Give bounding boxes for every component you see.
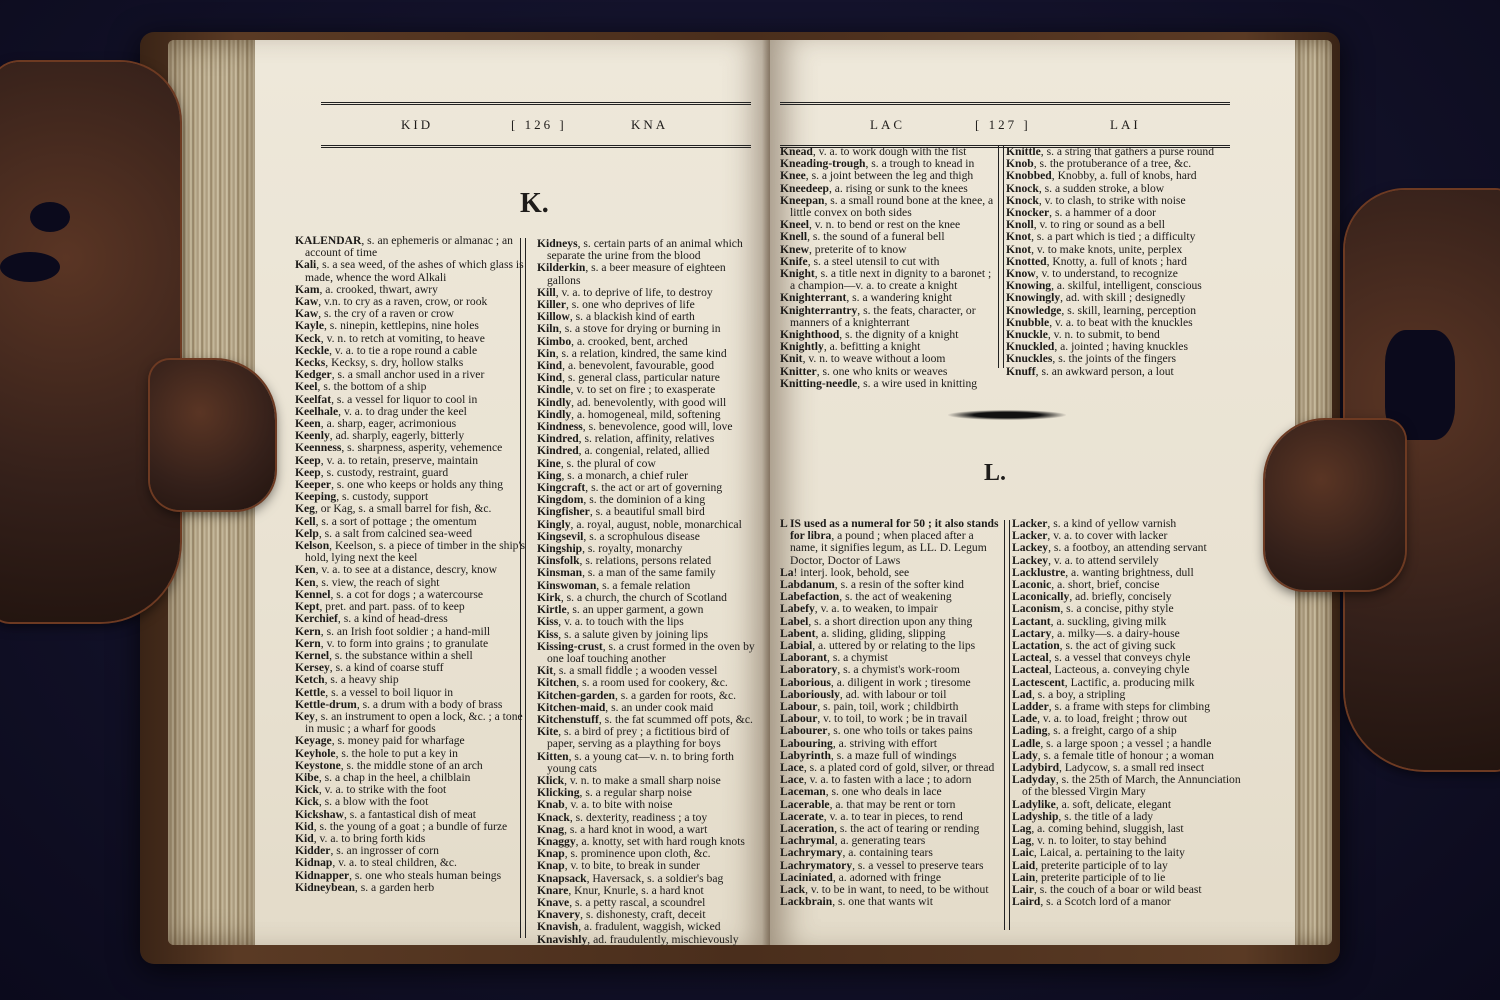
headword: Keep [295, 454, 321, 467]
headword: Lacerate [780, 810, 824, 823]
entry-column-2: Kidneys, s. certain parts of an animal w… [537, 238, 759, 946]
guide-word-last: KNA [631, 117, 668, 133]
headword: Knuff [1006, 365, 1036, 378]
headword: Lace [780, 773, 804, 786]
headword: Ladder [1012, 700, 1049, 713]
headword: Kissing-crust [537, 640, 603, 653]
guide-word-first: LAC [870, 117, 905, 133]
headword: Knuckles [1006, 352, 1052, 365]
entry-column-1: KALENDAR, s. an ephemeris or almanac ; a… [295, 235, 527, 894]
headword: Labyrinth [780, 749, 831, 762]
headword: Keenness [295, 441, 341, 454]
headword: Knack [537, 811, 570, 824]
headword: Knew [780, 243, 809, 256]
headword: Kitchenstuff [537, 713, 599, 726]
headword: Keyage [295, 734, 332, 747]
headword: Kitchen-maid [537, 701, 605, 714]
headword: Knock [1006, 182, 1039, 195]
dictionary-entry: Key, s. an instrument to open a lock, &c… [295, 711, 527, 735]
headword: Laborant [780, 651, 827, 664]
headword: Kernel [295, 649, 329, 662]
headword: Knell [780, 230, 807, 243]
headword: Kam [295, 283, 319, 296]
headword: Kelson [295, 539, 329, 552]
headword: Laciniated [780, 871, 833, 884]
headword: Knuckled [1006, 340, 1054, 353]
headword: Labial [780, 639, 812, 652]
headword: Knight [780, 267, 815, 280]
page-number: [ 127 ] [975, 117, 1031, 133]
headword: Kite [537, 725, 558, 738]
headword: Labefy [780, 602, 815, 615]
headword: Lacteal [1012, 651, 1049, 664]
headword: Knead [780, 145, 813, 158]
headword: Knag [537, 823, 564, 836]
headword: Knowing [1006, 279, 1051, 292]
headword: Lackey [1012, 541, 1048, 554]
headword: Lactation [1012, 639, 1060, 652]
headword: Knighterrant [780, 291, 846, 304]
headword: King [537, 469, 561, 482]
headword: Knife [780, 255, 808, 268]
running-head-right: LAC [ 127 ] LAI [780, 102, 1230, 148]
headword: Knighthood [780, 328, 839, 341]
headword: Lack [780, 883, 805, 896]
headword: Kneedeep [780, 182, 829, 195]
headword: Knavish [537, 920, 578, 933]
dictionary-entry: Kelson, Keelson, s. a piece of timber in… [295, 540, 527, 564]
headword: Kitten [537, 750, 569, 763]
headword: Knotted [1006, 255, 1047, 268]
headword: Kali [295, 258, 316, 271]
headword: Lacteal [1012, 663, 1049, 676]
headword: Knave [537, 896, 569, 909]
right-page: LAC [ 127 ] LAI Knead, v. a. to work dou… [770, 40, 1295, 945]
headword: Kettle [295, 686, 325, 699]
dictionary-entry: Knighterrantry, s. the feats, character,… [780, 305, 998, 329]
headword: Ladybird [1012, 761, 1059, 774]
headword: Lactary [1012, 627, 1051, 640]
headword: KALENDAR [295, 234, 361, 247]
headword: Keelfat [295, 393, 331, 406]
headword: Knitter [780, 365, 817, 378]
headword: Knit [780, 352, 803, 365]
headword: Knitting-needle [780, 377, 857, 390]
headword: Kilderkin [537, 261, 585, 274]
headword: Labent [780, 627, 815, 640]
headword: Keeping [295, 490, 336, 503]
dictionary-entry: Laird, s. a Scotch lord of a manor [1012, 896, 1248, 908]
headword: Knocker [1006, 206, 1049, 219]
headword: Kine [537, 457, 561, 470]
headword: Laird [1012, 895, 1040, 908]
headword: Knuckle [1006, 328, 1048, 341]
headword: Kingfisher [537, 505, 590, 518]
headword: Laborious [780, 676, 831, 689]
headword: Lachrymatory [780, 859, 852, 872]
headword: Kingly [537, 518, 571, 531]
dictionary-entry: Kissing-crust, s. a crust formed in the … [537, 641, 759, 665]
right-clasp-tongue [1265, 420, 1405, 590]
headword: Ladylike [1012, 798, 1056, 811]
dictionary-entry: Kern, s. an Irish foot soldier ; a hand-… [295, 626, 527, 638]
dictionary-entry: Kilderkin, s. a beer measure of eighteen… [537, 262, 759, 286]
headword: Kersey [295, 661, 330, 674]
section-letter-k: K. [520, 188, 549, 220]
headword: Keyhole [295, 747, 336, 760]
headword: Laceration [780, 822, 834, 835]
headword: Laic [1012, 846, 1034, 859]
headword: Knot [1006, 243, 1031, 256]
headword: Kennel [295, 588, 330, 601]
headword: Kayle [295, 319, 324, 332]
headword: Kidnap [295, 856, 332, 869]
headword: Kedger [295, 368, 332, 381]
dictionary-entry: L IS used as a numeral for 50 ; it also … [780, 518, 1002, 567]
headword: Labdanum [780, 578, 835, 591]
headword: Lachrymal [780, 834, 835, 847]
headword: Ken [295, 563, 316, 576]
headword: Kiss [537, 628, 558, 641]
dictionary-entry: Ladyday, s. the 25th of March, the Annun… [1012, 774, 1248, 798]
headword: Knowingly [1006, 291, 1060, 304]
dictionary-entry: Knab, v. a. to bite with noise [537, 799, 759, 811]
headword: Kern [295, 637, 321, 650]
headword: Ladle [1012, 737, 1040, 750]
headword: Kirk [537, 591, 561, 604]
headword: Lactant [1012, 615, 1051, 628]
headword: Knab [537, 798, 565, 811]
headword: Kill [537, 286, 556, 299]
dictionary-entry: Lackbrain, s. one that wants wit [780, 896, 1002, 908]
headword: Ken [295, 576, 316, 589]
dictionary-entry: Kali, s. a sea weed, of the ashes of whi… [295, 259, 527, 283]
headword: Laconic [1012, 578, 1051, 591]
dictionary-entry: Kindred, a. congenial, related, allied [537, 445, 759, 457]
headword: Lace [780, 761, 804, 774]
headword: Knoll [1006, 218, 1034, 231]
headword: Knightly [780, 340, 824, 353]
headword: Lag [1012, 834, 1031, 847]
dictionary-entry: Kiss, v. a. to touch with the lips [537, 616, 759, 628]
column-rule [998, 146, 1004, 368]
headword: Kiss [537, 615, 558, 628]
headword: Lag [1012, 822, 1031, 835]
headword: Knittle [1006, 145, 1041, 158]
dictionary-entry: Knight, s. a title next in dignity to a … [780, 268, 998, 292]
headword: Kit [537, 664, 553, 677]
headword: Kern [295, 625, 321, 638]
headword: Kitchen [537, 676, 576, 689]
left-page: KID [ 126 ] KNA K. KALENDAR, s. an ephem… [255, 40, 770, 945]
dictionary-entry: Kidneybean, s. a garden herb [295, 882, 527, 894]
headword: Kerchief [295, 612, 338, 625]
headword: Lackbrain [780, 895, 832, 908]
entry-column-3: L IS used as a numeral for 50 ; it also … [780, 518, 1002, 909]
headword: Laconism [1012, 602, 1060, 615]
headword: Knavery [537, 908, 580, 921]
headword: Labour [780, 712, 817, 725]
dictionary-entry: Kitten, s. a young cat—v. n. to bring fo… [537, 751, 759, 775]
dictionary-entry: Kickshaw, s. a fantastical dish of meat [295, 809, 527, 821]
headword: Kindly [537, 408, 571, 421]
dictionary-entry: Laic, Laical, a. pertaining to the laity [1012, 847, 1248, 859]
headword: Keep [295, 466, 321, 479]
headword: Labour [780, 700, 817, 713]
entry-column-1: Knead, v. a. to work dough with the fist… [780, 146, 998, 390]
headword: Kingdom [537, 493, 583, 506]
column-rule [520, 238, 526, 938]
headword: Kidder [295, 844, 330, 857]
dictionary-entry: Knot, s. a part which is tied ; a diffic… [1006, 231, 1238, 243]
headword: Kickshaw [295, 808, 344, 821]
headword: Label [780, 615, 808, 628]
dictionary-entry: Kimbo, a. crooked, bent, arched [537, 336, 759, 348]
headword: Keystone [295, 759, 341, 772]
headword: Lair [1012, 883, 1034, 896]
headword: Kept [295, 600, 319, 613]
dictionary-entry: Knuff, s. an awkward person, a lout [1006, 366, 1238, 378]
headword: Knavishly [537, 933, 587, 946]
dictionary-entry: Knell, s. the sound of a funeral bell [780, 231, 998, 243]
headword: Kindness [537, 420, 583, 433]
headword: Kell [295, 515, 316, 528]
headword: Keen [295, 417, 321, 430]
headword: Kecks [295, 356, 325, 369]
dictionary-entry: Knuckles, s. the joints of the fingers [1006, 353, 1238, 365]
dictionary-entry: Ken, v. a. to see at a distance, descry,… [295, 564, 527, 576]
headword: Kindred [537, 432, 579, 445]
headword: Lackey [1012, 554, 1048, 567]
headword: Kick [295, 795, 319, 808]
headword: Laboratory [780, 663, 837, 676]
guide-word-last: LAI [1110, 117, 1141, 133]
headword: Lady [1012, 749, 1038, 762]
headword: Laid [1012, 859, 1035, 872]
headword: Killow [537, 310, 570, 323]
headword: Lad [1012, 688, 1032, 701]
headword: Knighterrantry [780, 304, 857, 317]
headword: Kindle [537, 383, 571, 396]
headword: Kid [295, 832, 314, 845]
headword: Labefaction [780, 590, 839, 603]
headword: Lading [1012, 724, 1047, 737]
headword: Lacerable [780, 798, 830, 811]
headword: Kingship [537, 542, 582, 555]
dictionary-entry: Keck, v. n. to retch at vomiting, to hea… [295, 333, 527, 345]
headword: L IS used as a numeral for 50 ; it also … [780, 517, 999, 542]
headword: Lacker [1012, 517, 1047, 530]
headword: Kimbo [537, 335, 571, 348]
column-rule [1004, 520, 1010, 930]
headword: Lade [1012, 712, 1037, 725]
page-number: [ 126 ] [511, 117, 567, 133]
headword: Kitchen-garden [537, 689, 615, 702]
headword: Kinswoman [537, 579, 596, 592]
dictionary-entry: Keg, or Kag, s. a small barrel for fish,… [295, 503, 527, 515]
dictionary-entry: Lactescent, Lactific, a. producing milk [1012, 677, 1248, 689]
headword: Laceman [780, 785, 826, 798]
left-clasp-tongue [150, 360, 275, 510]
headword: Knowledge [1006, 304, 1061, 317]
headword: Lacker [1012, 529, 1047, 542]
headword: Kind [537, 371, 562, 384]
headword: Knee [780, 169, 806, 182]
headword: Knapsack [537, 872, 587, 885]
headword: Kirtle [537, 603, 567, 616]
headword: Kiln [537, 322, 559, 335]
headword: Laboriously [780, 688, 840, 701]
dictionary-entry: Knobbed, Knobby, a. full of knobs, hard [1006, 170, 1238, 182]
headword: Kelp [295, 527, 319, 540]
headword: Kneepan [780, 194, 824, 207]
headword: Laconically [1012, 590, 1069, 603]
headword: Know [1006, 267, 1036, 280]
headword: Kneading-trough [780, 157, 865, 170]
dictionary-entry: Kneepan, s. a small round bone at the kn… [780, 195, 998, 219]
section-ornament [948, 410, 1066, 420]
headword: Key [295, 710, 315, 723]
running-head-left: KID [ 126 ] KNA [321, 102, 751, 148]
section-letter-l: L. [984, 460, 1006, 487]
headword: Kindred [537, 444, 579, 457]
headword: Knock [1006, 194, 1039, 207]
headword: Knobbed [1006, 169, 1052, 182]
dictionary-entry: Knack, s. dexterity, readiness ; a toy [537, 812, 759, 824]
guide-word-first: KID [401, 117, 433, 133]
headword: Kibe [295, 771, 319, 784]
dictionary-entry: Kidneys, s. certain parts of an animal w… [537, 238, 759, 262]
dictionary-entry: Knew, preterite of to know [780, 244, 998, 256]
dictionary-entry: Kite, s. a bird of prey ; a fictitious b… [537, 726, 759, 750]
headword: Kin [537, 347, 556, 360]
headword: Knap [537, 847, 565, 860]
dictionary-entry: Kayle, s. ninepin, kettlepins, nine hole… [295, 320, 527, 332]
headword: Kind [537, 359, 562, 372]
headword: Kick [295, 783, 319, 796]
dictionary-entry: Ketch, s. a heavy ship [295, 674, 527, 686]
headword: Kinsfolk [537, 554, 580, 567]
headword: Killer [537, 298, 566, 311]
headword: Kettle-drum [295, 698, 357, 711]
entry-column-2: Knittle, s. a string that gathers a purs… [1006, 146, 1238, 378]
headword: Keck [295, 332, 321, 345]
headword: Knap [537, 859, 565, 872]
headword: Kinsman [537, 566, 582, 579]
headword: Labouring [780, 737, 833, 750]
headword: Knaggy [537, 835, 576, 848]
headword: La [780, 566, 794, 579]
headword: Kid [295, 820, 314, 833]
headword: Klick [537, 774, 564, 787]
headword: Klicking [537, 786, 580, 799]
headword: Kneel [780, 218, 809, 231]
headword: Keenly [295, 429, 330, 442]
headword: Keelhale [295, 405, 338, 418]
dictionary-entry: Labefy, v. a. to weaken, to impair [780, 603, 1002, 615]
headword: Kingcraft [537, 481, 585, 494]
headword: Keg [295, 502, 315, 515]
headword: Kidnapper [295, 869, 349, 882]
left-clasp [0, 62, 180, 622]
dictionary-entry: KALENDAR, s. an ephemeris or almanac ; a… [295, 235, 527, 259]
headword: Kindly [537, 396, 571, 409]
dictionary-entry: Lading, s. a freight, cargo of a ship [1012, 725, 1248, 737]
headword: Keel [295, 380, 318, 393]
headword: Kaw [295, 295, 318, 308]
headword: Ladyday [1012, 773, 1056, 786]
headword: Lactescent [1012, 676, 1065, 689]
headword: Keeper [295, 478, 331, 491]
headword: Kidneys [537, 237, 578, 250]
headword: Knare [537, 884, 568, 897]
dictionary-entry: Knapsack, Haversack, s. a soldier's bag [537, 873, 759, 885]
headword: Lacklustre [1012, 566, 1065, 579]
headword: Knob [1006, 157, 1034, 170]
headword: Keckle [295, 344, 329, 357]
dictionary-entry: Kerchief, s. a kind of head-dress [295, 613, 527, 625]
dictionary-entry: Knock, s. a sudden stroke, a blow [1006, 183, 1238, 195]
headword: Ladyship [1012, 810, 1058, 823]
headword: Labourer [780, 724, 827, 737]
headword: Ketch [295, 673, 325, 686]
headword: Knubble [1006, 316, 1049, 329]
dictionary-entry: Keenness, s. sharpness, asperity, veheme… [295, 442, 527, 454]
dictionary-entry: Knitting-needle, s. a wire used in knitt… [780, 378, 998, 390]
headword: Kidneybean [295, 881, 355, 894]
headword: Lachrymary [780, 846, 842, 859]
headword: Kaw [295, 307, 318, 320]
headword: Lain [1012, 871, 1035, 884]
dictionary-entry: Knavishly, ad. fraudulently, mischievous… [537, 934, 759, 946]
headword: Kingsevil [537, 530, 583, 543]
entry-column-4: Lacker, s. a kind of yellow varnishLacke… [1012, 518, 1248, 909]
headword: Knot [1006, 230, 1031, 243]
